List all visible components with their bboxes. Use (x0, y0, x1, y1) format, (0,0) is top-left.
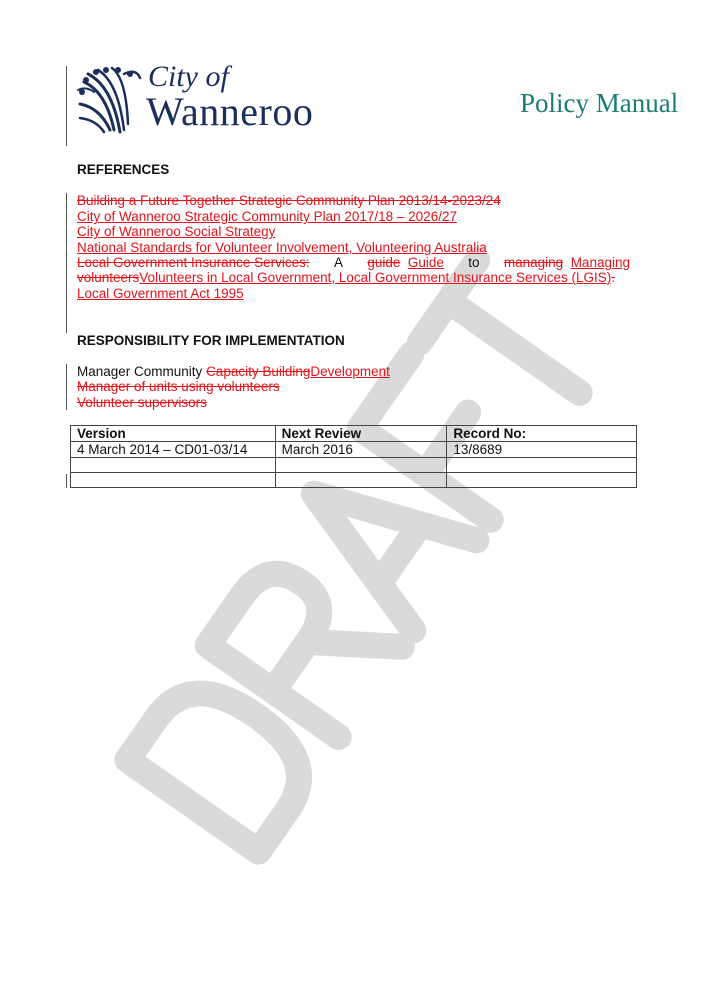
deleted-text: Building a Future Together Strategic Com… (77, 193, 501, 208)
cell-record-no: 13/8689 (447, 442, 637, 458)
responsibility-line: Manager of units using volunteers (77, 379, 280, 395)
responsibility-heading: RESPONSIBILITY FOR IMPLEMENTATION (77, 333, 345, 348)
plain-text: Manager Community (77, 364, 206, 379)
cell-next-review (275, 473, 447, 488)
responsibility-line: Volunteer supervisors (77, 395, 207, 411)
org-name-line1: City of (148, 62, 229, 92)
inserted-text: Guide (408, 255, 444, 270)
plain-text: A (334, 255, 343, 271)
deleted-text: Manager of units using volunteers (77, 379, 280, 394)
deleted-text: Local Government Insurance Services: (77, 255, 310, 271)
record-table: Version Next Review Record No: 4 March 2… (70, 425, 637, 488)
kangaroo-paw-flower-icon (76, 64, 142, 136)
reference-item: National Standards for Volunteer Involve… (77, 240, 487, 256)
deleted-text: Capacity Building (206, 364, 310, 379)
change-bar (66, 193, 67, 333)
header-record-no: Record No: (447, 426, 637, 442)
reference-item: Building a Future Together Strategic Com… (77, 193, 501, 209)
inserted-text: Development (310, 364, 390, 379)
inserted-text: Managing (571, 255, 630, 270)
reference-item: Local Government Act 1995 (77, 286, 244, 302)
cell-next-review: March 2016 (275, 442, 447, 458)
reference-item-continued: volunteersVolunteers in Local Government… (77, 270, 615, 286)
inserted-text: Volunteers in Local Government, Local Go… (139, 270, 611, 285)
cell-record-no (447, 458, 637, 473)
table-header-row: Version Next Review Record No: (71, 426, 637, 442)
deleted-text: . (611, 270, 615, 285)
responsibility-line: Manager Community Capacity BuildingDevel… (77, 364, 390, 380)
references-heading: REFERENCES (77, 162, 169, 177)
cell-version (71, 473, 276, 488)
inserted-text: Local Government Act 1995 (77, 286, 244, 301)
deleted-text: Volunteer supervisors (77, 395, 207, 410)
reference-item: City of Wanneroo Strategic Community Pla… (77, 209, 457, 225)
table-row (71, 458, 637, 473)
deleted-text: managing (504, 255, 563, 270)
change-bar (66, 364, 67, 410)
inserted-text: National Standards for Volunteer Involve… (77, 240, 487, 255)
draft-watermark (0, 0, 706, 1005)
header-next-review: Next Review (275, 426, 447, 442)
table-row (71, 473, 637, 488)
change-bar (66, 66, 67, 146)
cell-version: 4 March 2014 – CD01-03/14 (71, 442, 276, 458)
cell-version (71, 458, 276, 473)
plain-text: to (468, 255, 479, 271)
table-row: 4 March 2014 – CD01-03/14 March 2016 13/… (71, 442, 637, 458)
deleted-text: volunteers (77, 270, 139, 285)
org-name-line2: Wanneroo (146, 92, 313, 132)
cell-record-no (447, 473, 637, 488)
reference-item: City of Wanneroo Social Strategy (77, 224, 275, 240)
change-bar (66, 474, 67, 488)
header-version: Version (71, 426, 276, 442)
manual-title: Policy Manual (520, 88, 678, 119)
cell-next-review (275, 458, 447, 473)
inserted-text: City of Wanneroo Strategic Community Pla… (77, 209, 457, 224)
reference-item: Local Government Insurance Services: A g… (77, 255, 630, 271)
deleted-text: guide (367, 255, 400, 270)
inserted-text: City of Wanneroo Social Strategy (77, 224, 275, 239)
